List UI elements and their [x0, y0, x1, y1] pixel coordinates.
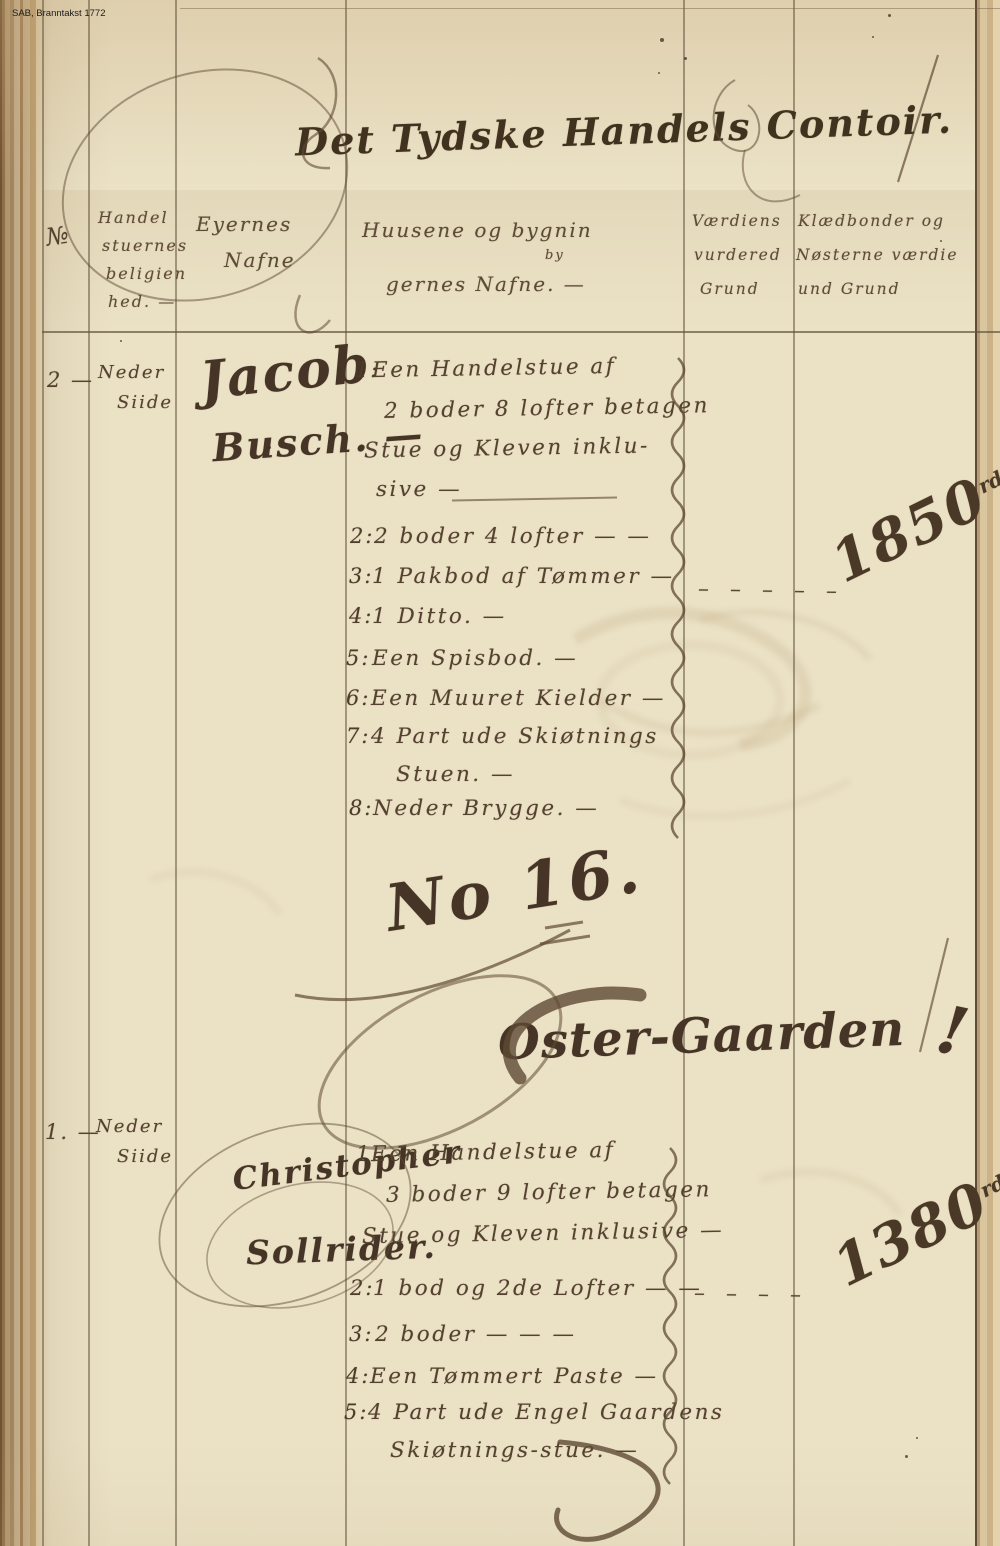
item-number: 3: [349, 1322, 373, 1346]
item-number: 5: [344, 1400, 368, 1424]
paper-tone-top [0, 0, 1000, 190]
owner-flourish-oval [134, 1091, 436, 1340]
item-line: Een Muuret Kielder — [371, 686, 666, 711]
column-rule-4 [345, 0, 347, 1546]
value-leader-dashes: – – – – – [698, 577, 844, 605]
column-header-location-line: hed. — [108, 292, 176, 311]
item-line: 2 boder 4 lofter — — [374, 524, 651, 549]
item-line: sive — [376, 477, 462, 502]
ink-speck [872, 36, 874, 38]
ink-speck [658, 72, 660, 74]
ink-speck [268, 446, 271, 449]
column-header-buildings-superscript: by [545, 248, 565, 263]
item-line: Neder Brygge. — [373, 796, 599, 821]
column-header-no: № [44, 220, 72, 251]
item-number: 4: [346, 1364, 370, 1388]
archive-label: SAB, Branntakst 1772 [12, 8, 105, 19]
item-line: Skiøtnings-stue. — [390, 1438, 639, 1463]
item-number: 4: [349, 604, 373, 628]
item-line: 2 boder — — — [375, 1322, 577, 1347]
column-header-location-line: stuernes [102, 236, 188, 255]
ink-speck [940, 240, 942, 242]
top-rule [180, 8, 1000, 9]
column-header-value-line: Værdiens [692, 212, 782, 230]
item-number: 7: [346, 724, 370, 748]
entry-location-line: Siide [117, 392, 173, 413]
item-line: 1 bod og 2de Lofter — — [373, 1276, 702, 1301]
section-exclamation: ! [930, 990, 977, 1073]
header-flourish [743, 150, 800, 201]
item-number: 2: [350, 1276, 374, 1300]
item-line: 4 Part ude Skiøtnings [371, 724, 659, 749]
column-header-location-line: beligien [106, 264, 187, 283]
item-line: Een Spisbod. — [372, 646, 578, 671]
column-rule-2 [88, 0, 90, 1546]
column-header-value-line: vurdered [694, 246, 782, 264]
section-number: No 16. [381, 832, 648, 947]
ink-speck [905, 1455, 908, 1458]
item-line: Stuen. — [396, 762, 515, 787]
entry-value: 1380rd [823, 1158, 1000, 1300]
item-line: 3 boder 9 lofter betagen [386, 1177, 712, 1208]
column-rule-6 [793, 0, 795, 1546]
page-title: Det Tydske Handels Contoir. [294, 97, 953, 165]
ink-speck [660, 38, 664, 42]
column-header-kledboder-line: Klædbonder og [798, 212, 945, 230]
ink-speck [888, 14, 891, 17]
item-line: Een Tømmert Paste — [370, 1364, 659, 1389]
column-header-kledboder-line: und Grund [798, 280, 901, 298]
column-header-value-line: Grund [700, 280, 760, 298]
manuscript-page: SAB, Branntakst 1772 Det Tydske Handels … [0, 0, 1000, 1546]
ink-speck [120, 340, 122, 342]
item-number: 8: [349, 796, 373, 820]
item-line: 1 Pakbod af Tømmer — [372, 564, 675, 589]
column-header-buildings-line: gernes Nafne. — [386, 272, 586, 296]
column-header-buildings-line: Huusene og bygnin [362, 218, 593, 242]
column-rule-5 [683, 0, 685, 1546]
entry-number: 1. — [45, 1120, 101, 1144]
item-line: Stue og Kleven inklusive — [362, 1218, 725, 1249]
item-number: 6: [346, 686, 370, 710]
column-header-owner-line: Nafne [224, 248, 296, 272]
item-line: Een Handelstue af [372, 354, 617, 383]
item-number: 3: [349, 564, 373, 588]
owner-name-line: Jacob [197, 333, 373, 412]
item-line: 4 Part ude Engel Gaardens [368, 1400, 724, 1425]
owner-header-swash [295, 295, 330, 332]
item-line: 2 boder 8 lofter betagen [384, 393, 710, 424]
entry-value-number: 1850 [821, 465, 997, 596]
ink-speck [916, 1437, 918, 1439]
column-rule-3 [175, 0, 177, 1546]
entry-location-line: Neder [96, 1116, 163, 1137]
entry-value-number: 1380 [823, 1169, 999, 1300]
item-line: Stue og Kleven inklu- [364, 434, 650, 464]
section-number-equals [540, 922, 590, 944]
item-line: Een Handelstue af [371, 1138, 616, 1167]
item-rule-dash [452, 497, 617, 502]
item-line: 1 Ditto. — [372, 604, 507, 629]
column-header-owner-line: Eyernes [196, 212, 292, 236]
section-title: Oster-Gaarden [497, 1001, 906, 1071]
entry-value: 1850rd [821, 454, 1000, 596]
item-number: 5: [346, 646, 370, 670]
column-header-location-line: Handel [98, 208, 169, 227]
entry-location-line: Neder [98, 362, 165, 383]
header-underline-rule [42, 331, 1000, 333]
ink-speck [684, 57, 687, 60]
column-header-kledboder-line: Nøsterne værdie [796, 246, 959, 264]
page-right-edge [975, 0, 1000, 1546]
value-leader-dashes: – – – – [694, 1281, 808, 1308]
item-number: 2: [350, 524, 374, 548]
column-rule-1 [42, 0, 44, 1546]
title-flourish-oval [32, 34, 377, 337]
entry-number: 2 — [47, 368, 94, 392]
entry-location-line: Siide [117, 1146, 173, 1167]
